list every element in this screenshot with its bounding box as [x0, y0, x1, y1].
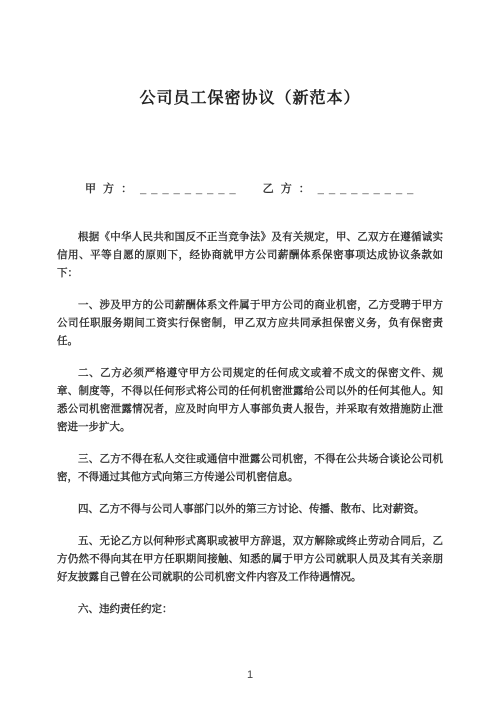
contract-document-page: 公司员工保密协议（新范本） 甲 方 ： _ _ _ _ _ _ _ _ _ 乙 … [0, 0, 500, 707]
clause-3-paragraph: 三、乙方不得在私人交往或通信中泄露公司机密，不得在公共场合谈论公司机密，不得通过… [57, 450, 443, 486]
party-b-label: 乙 方 ： [263, 182, 312, 196]
clause-1-paragraph: 一、涉及甲方的公司薪酬体系文件属于甲方公司的商业机密，乙方受聘于甲方公司任职服务… [57, 296, 443, 350]
page-number: 1 [0, 669, 500, 681]
party-b: 乙 方 ： _ _ _ _ _ _ _ _ _ [263, 182, 415, 196]
clause-5-paragraph: 五、无论乙方以何种形式离职或被甲方辞退，双方解除或终止劳动合同后，乙方仍然不得向… [57, 532, 443, 586]
party-a: 甲 方 ： _ _ _ _ _ _ _ _ _ [85, 182, 237, 196]
document-title: 公司员工保密协议（新范本） [0, 0, 500, 110]
clause-2-paragraph: 二、乙方必须严格遵守甲方公司规定的任何成文或着不成文的保密文件、规章、制度等，不… [57, 364, 443, 436]
intro-paragraph: 根据《中华人民共和国反不正当竞争法》及有关规定，甲、乙双方在遵循诚实信用、平等自… [57, 228, 443, 282]
clause-6-heading-paragraph: 六、违约责任约定： [57, 600, 443, 618]
clause-4-paragraph: 四、乙方不得与公司人事部门以外的第三方讨论、传播、散布、比对薪资。 [57, 500, 443, 518]
party-b-blank-line: _ _ _ _ _ _ _ _ _ [318, 182, 415, 196]
party-a-blank-line: _ _ _ _ _ _ _ _ _ [140, 182, 237, 196]
contract-body: 根据《中华人民共和国反不正当竞争法》及有关规定，甲、乙双方在遵循诚实信用、平等自… [0, 228, 500, 618]
party-line: 甲 方 ： _ _ _ _ _ _ _ _ _ 乙 方 ： _ _ _ _ _ … [0, 182, 500, 196]
party-a-label: 甲 方 ： [85, 182, 134, 196]
